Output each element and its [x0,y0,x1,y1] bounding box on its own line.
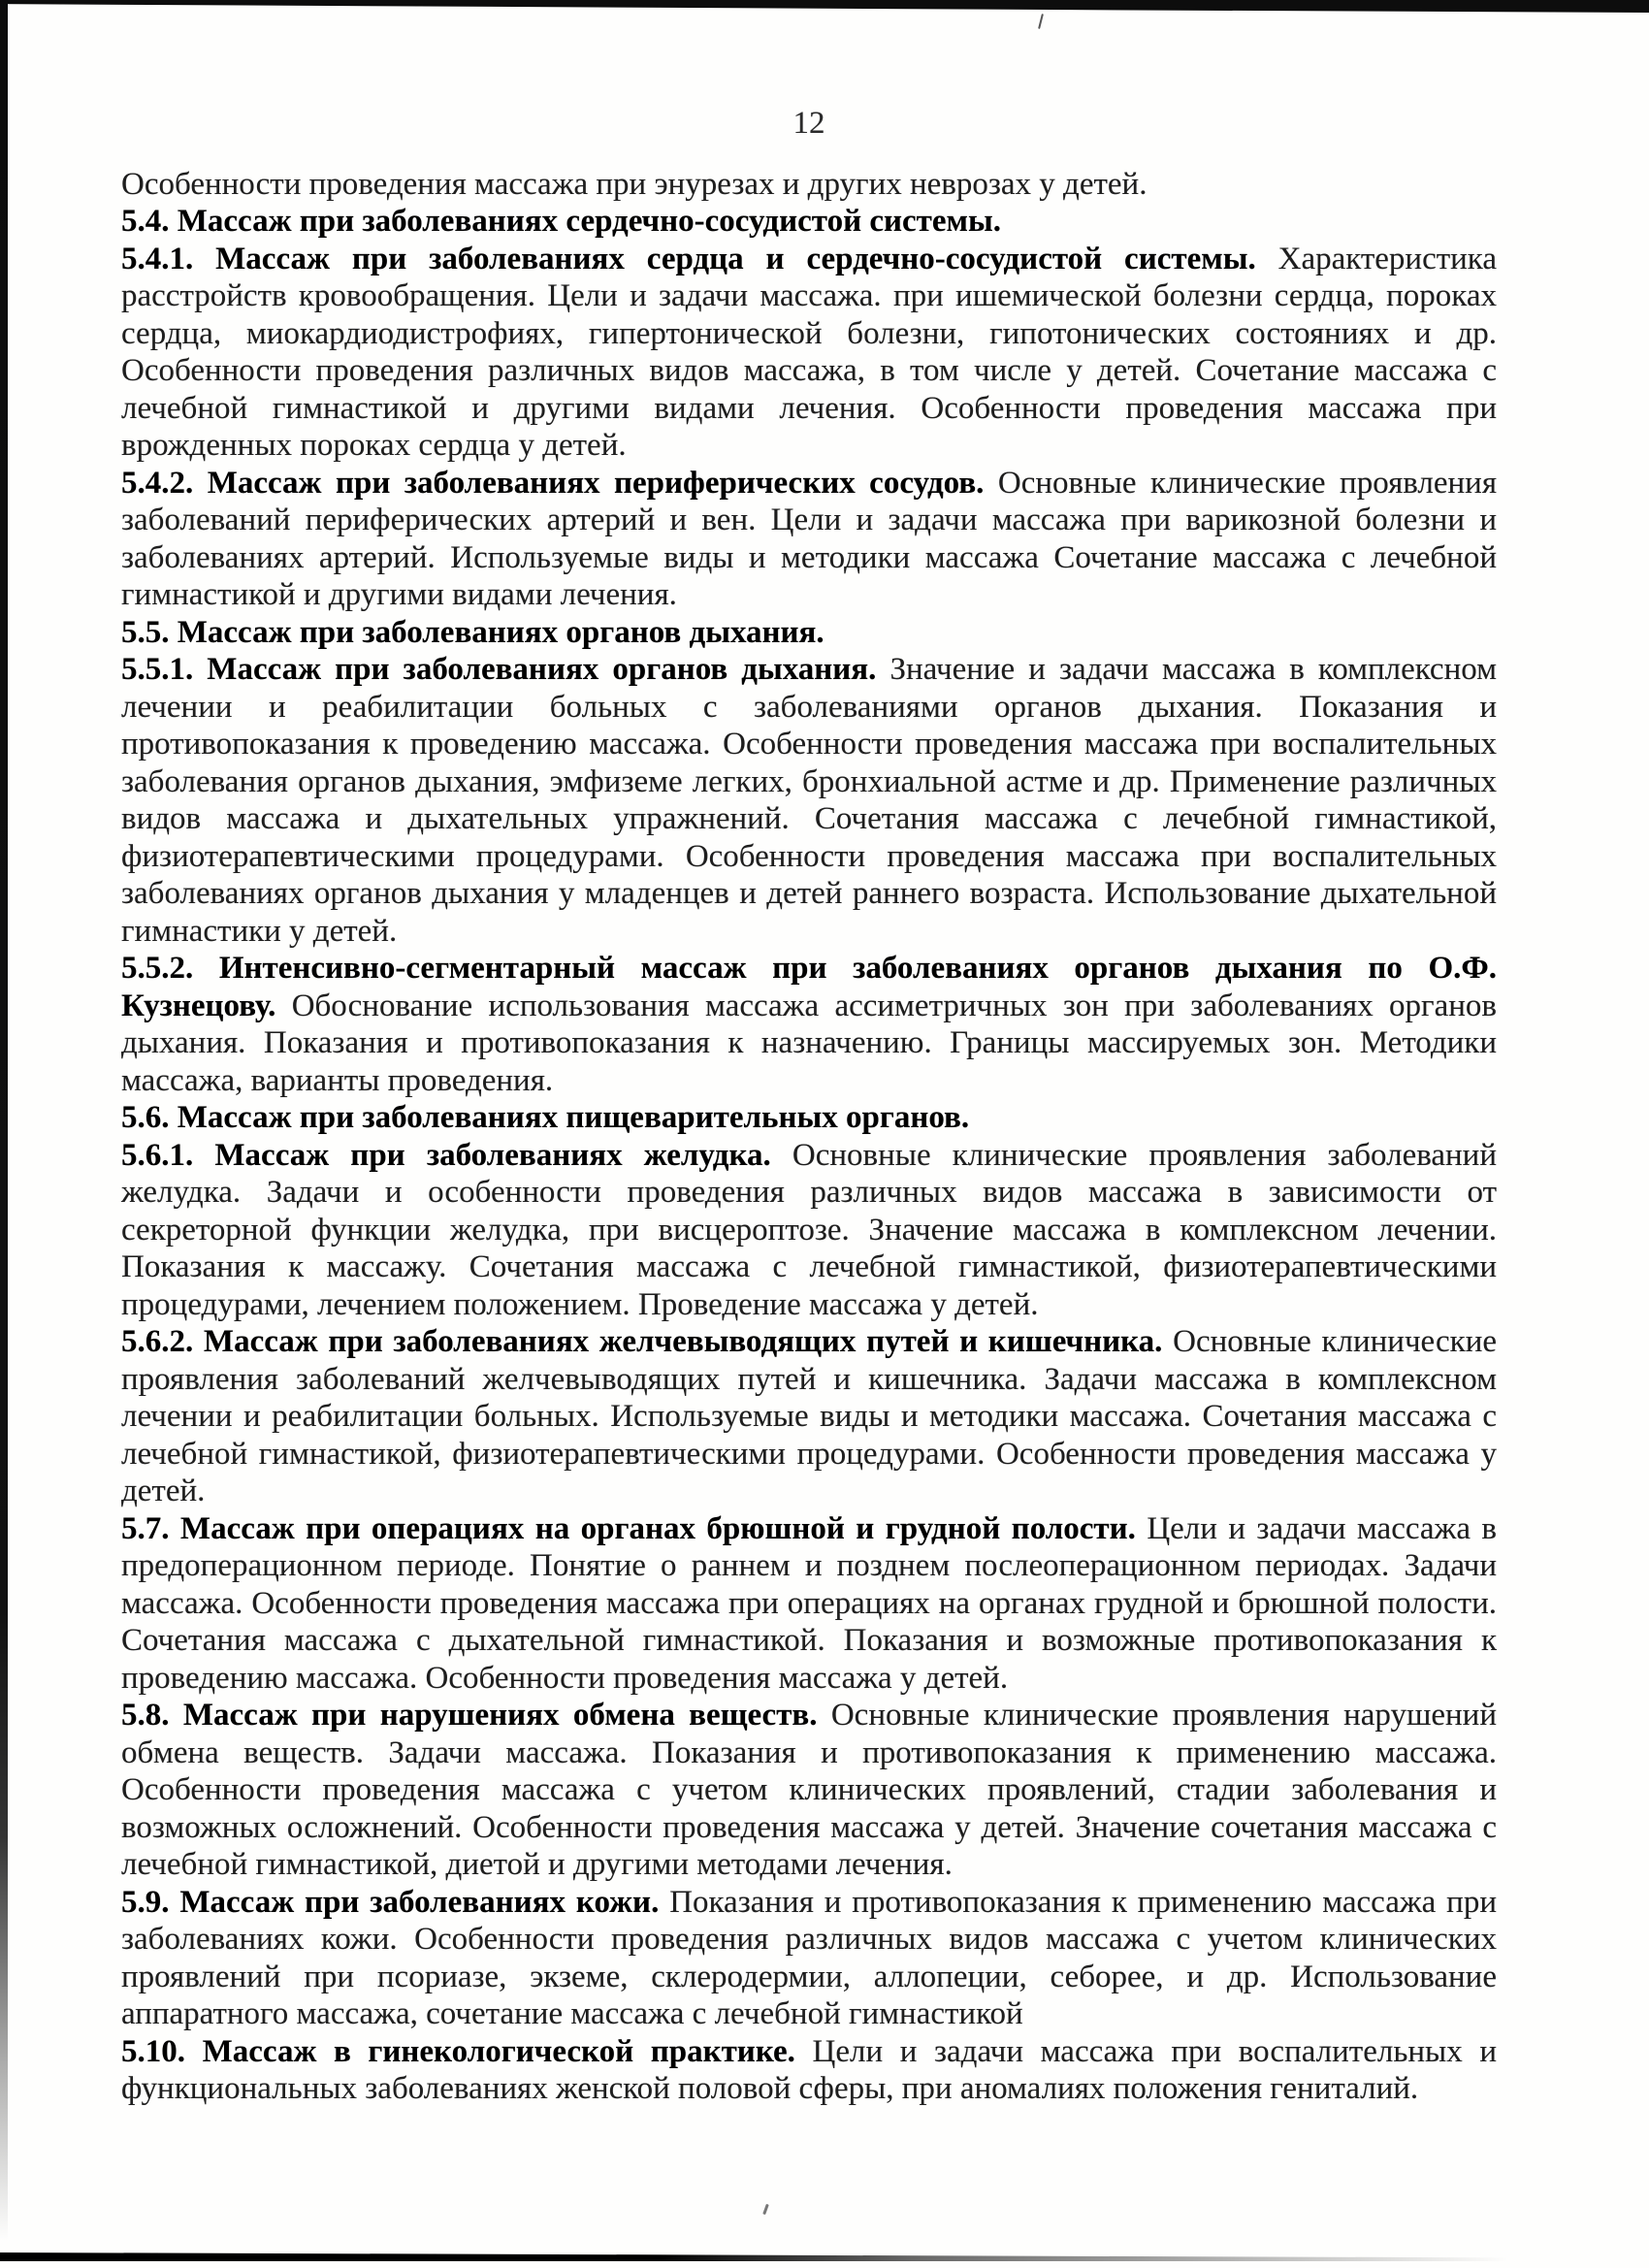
intro-line: Особенности проведения массажа при энуре… [121,166,1497,204]
section-5-6-2-heading: 5.6.2. Массаж при заболеваниях желчевыво… [121,1324,1173,1359]
section-5-6-1: 5.6.1. Массаж при заболеваниях желудка. … [121,1137,1497,1324]
section-5-10-heading: 5.10. Массаж в гинекологической практике… [121,2034,813,2069]
section-5-6-heading: 5.6. Массаж при заболеваниях пищеварител… [121,1099,1497,1137]
section-5-5-1-heading: 5.5.1. Массаж при заболеваниях органов д… [121,652,889,687]
section-5-4-heading-text: 5.4. Массаж при заболеваниях сердечно-со… [121,204,1001,239]
section-5-5-1-body: Значение и задачи массажа в комплексном … [121,652,1497,949]
section-5-5-1: 5.5.1. Массаж при заболеваниях органов д… [121,651,1497,950]
section-5-6-1-heading: 5.6.1. Массаж при заболеваниях желудка. [121,1138,792,1173]
section-5-10: 5.10. Массаж в гинекологической практике… [121,2033,1497,2108]
section-5-4-1: 5.4.1. Массаж при заболеваниях сердца и … [121,241,1497,465]
document-page: 12 Особенности проведения массажа при эн… [121,105,1497,2108]
section-5-4-1-heading: 5.4.1. Массаж при заболеваниях сердца и … [121,242,1278,276]
section-5-9: 5.9. Массаж при заболеваниях кожи. Показ… [121,1884,1497,2033]
scan-edge-left [0,0,8,2241]
scan-edge-top [0,0,1649,13]
intro-line-text: Особенности проведения массажа при энуре… [121,167,1147,202]
section-5-5-2: 5.5.2. Интенсивно-сегментарный массаж пр… [121,950,1497,1099]
section-5-4-2-heading: 5.4.2. Массаж при заболеваниях периферич… [121,466,998,501]
section-5-6-2: 5.6.2. Массаж при заболеваниях желчевыво… [121,1323,1497,1510]
section-5-7-heading: 5.7. Массаж при операциях на органах брю… [121,1511,1147,1546]
section-5-6-heading-text: 5.6. Массаж при заболеваниях пищеварител… [121,1100,969,1135]
section-5-5-heading-text: 5.5. Массаж при заболеваниях органов дых… [121,615,824,650]
section-5-4-heading: 5.4. Массаж при заболеваниях сердечно-со… [121,203,1497,241]
page-number: 12 [121,105,1497,143]
section-5-8: 5.8. Массаж при нарушениях обмена вещест… [121,1697,1497,1884]
scan-edge-bottom [0,2252,1571,2261]
scan-artifact-tick [1038,14,1044,29]
scan-artifact-speck [762,2204,769,2215]
section-5-7: 5.7. Массаж при операциях на органах брю… [121,1510,1497,1698]
section-5-5-heading: 5.5. Массаж при заболеваниях органов дых… [121,614,1497,652]
section-5-4-2: 5.4.2. Массаж при заболеваниях периферич… [121,465,1497,614]
section-5-5-2-body: Обоснование использования массажа ассиме… [121,988,1497,1098]
section-5-8-heading: 5.8. Массаж при нарушениях обмена вещест… [121,1698,831,1733]
section-5-9-heading: 5.9. Массаж при заболеваниях кожи. [121,1885,669,1920]
